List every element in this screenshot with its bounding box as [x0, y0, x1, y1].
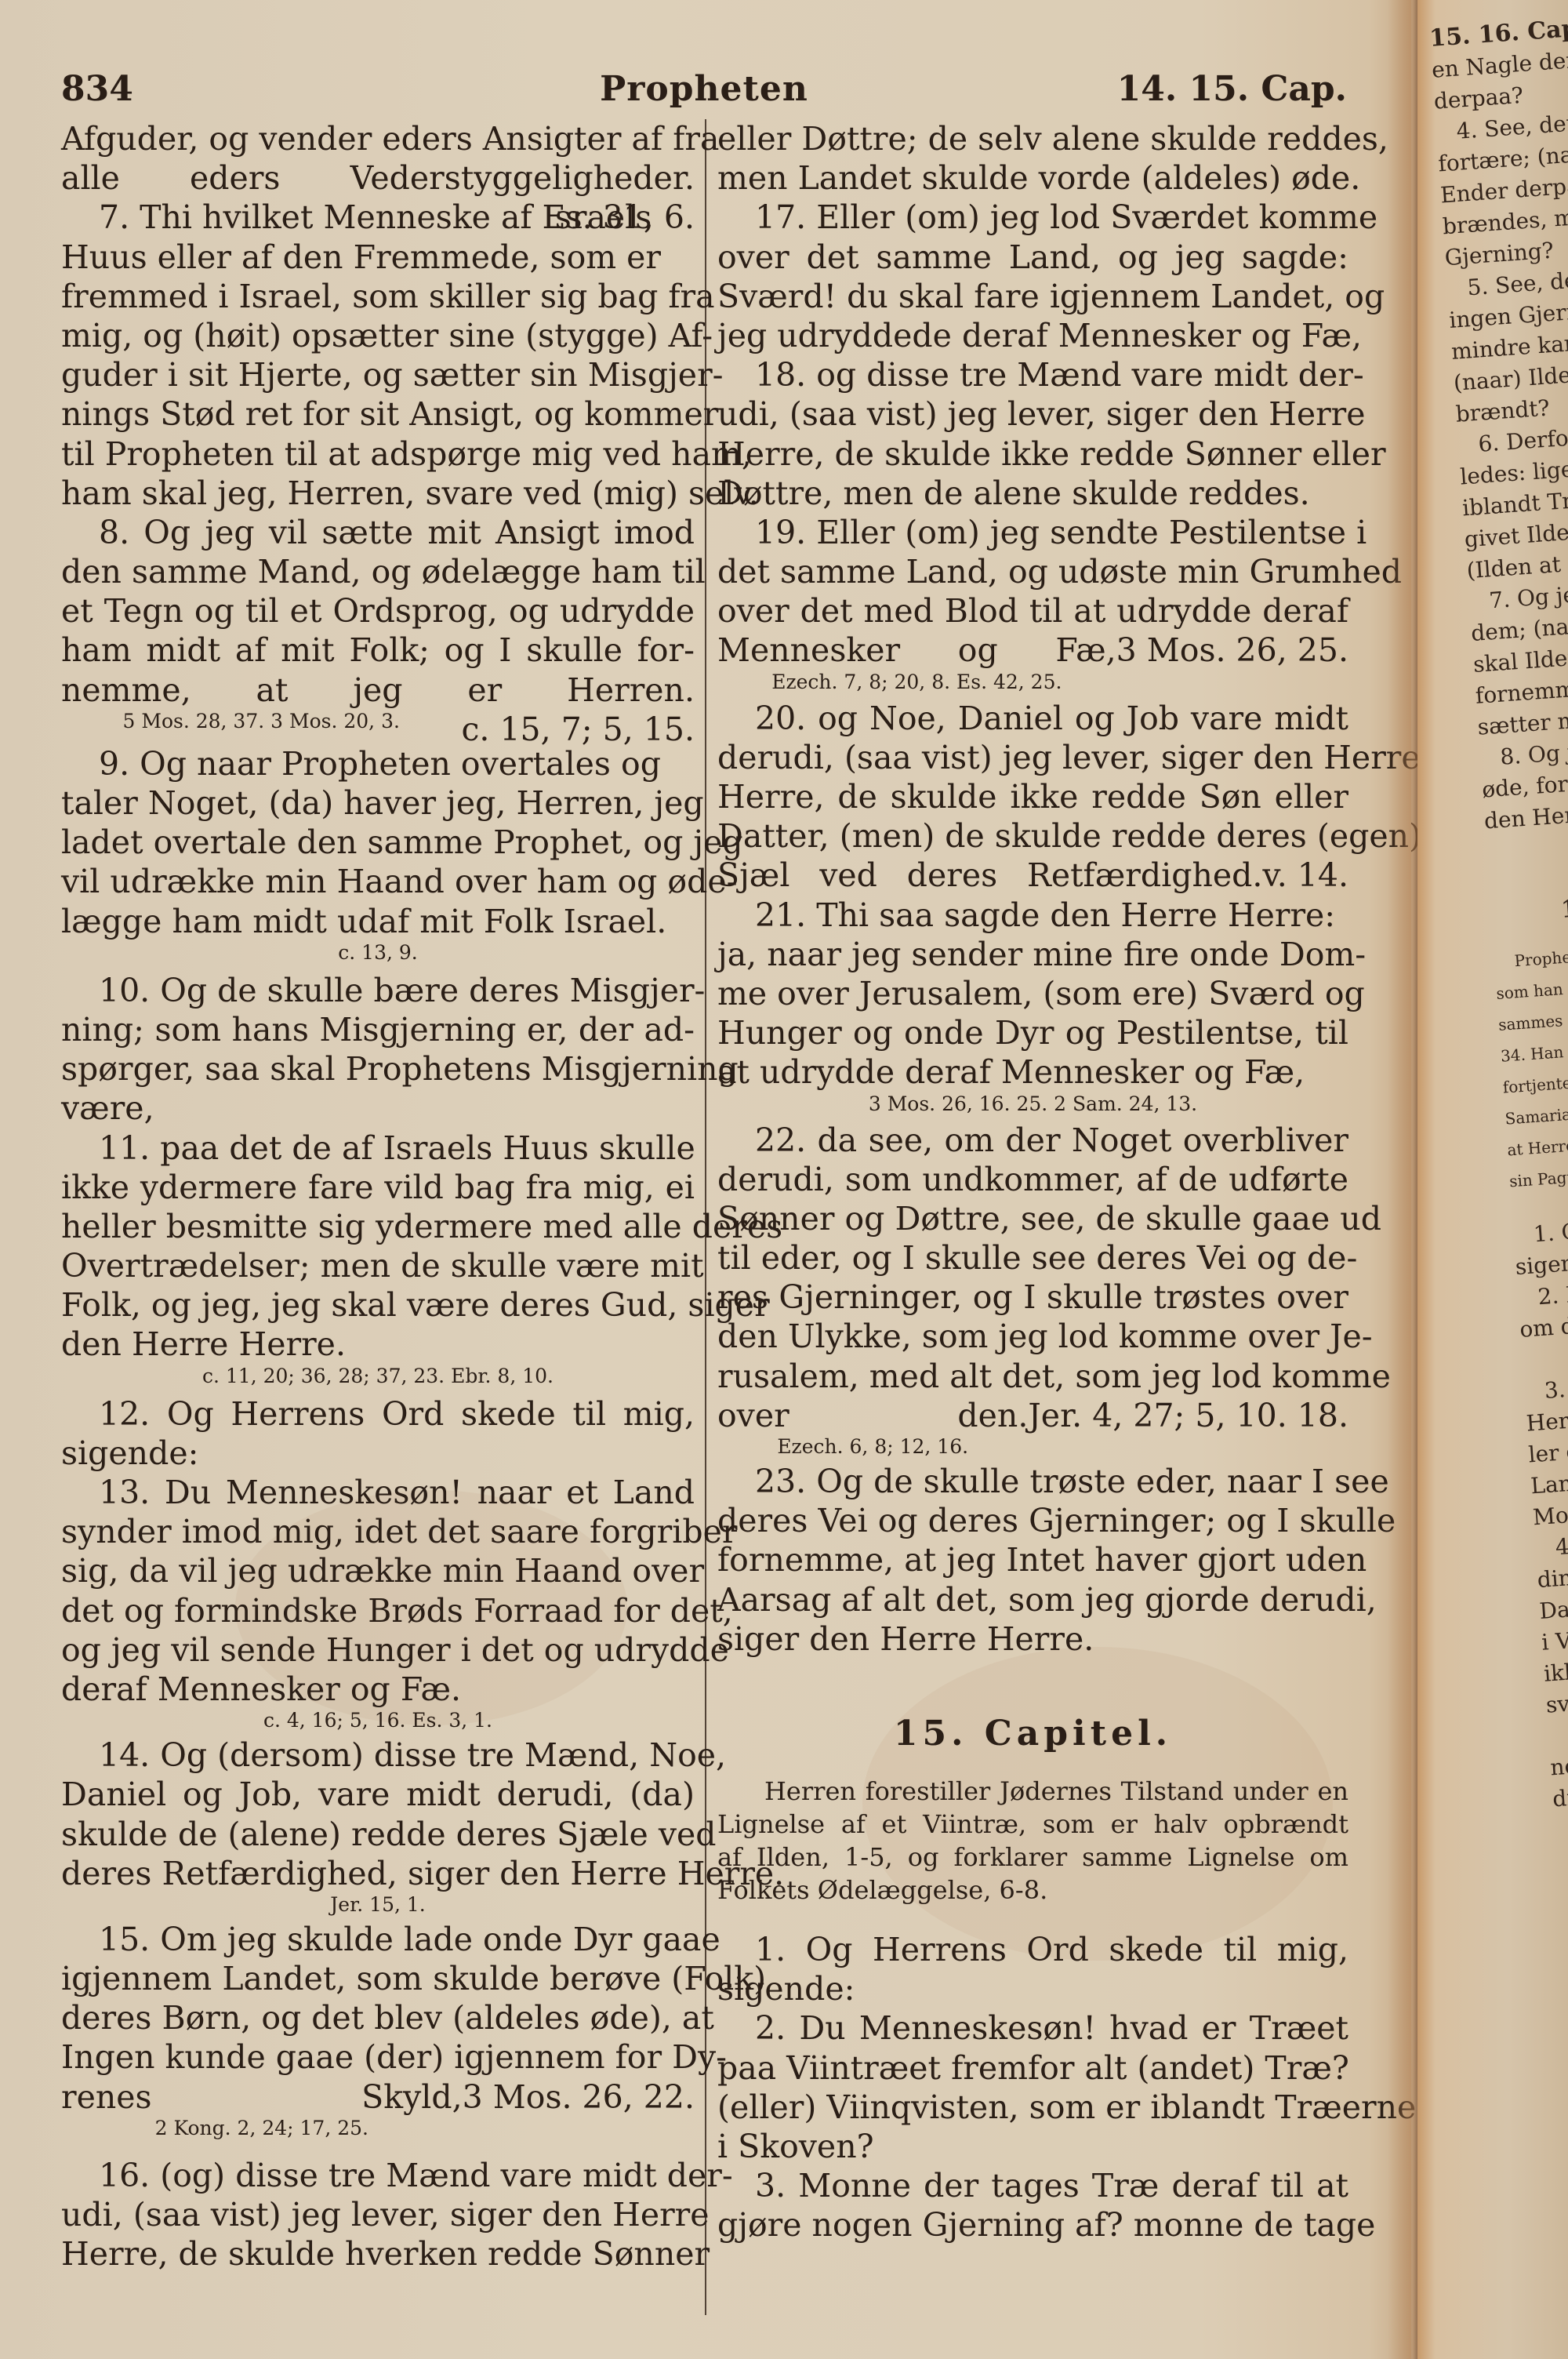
- inline-reference: c. 15, 7; 5, 15.: [461, 710, 695, 749]
- text-line: til Propheten til at adspørge mig ved ha…: [61, 434, 695, 474]
- text-line: den Ulykke, som jeg lod komme over Je-: [717, 1317, 1348, 1356]
- cross-reference: c. 13, 9.: [61, 941, 695, 965]
- page-header: 834 Propheten 14. 15. Cap.: [61, 69, 1347, 116]
- text-line: udi, (saa vist) jeg lever, siger den Her…: [61, 2195, 695, 2234]
- verse-22: 22. da see, om der Noget overbliver: [717, 1121, 1348, 1160]
- text-line: Herre, de skulde hverken redde Sønner: [61, 2234, 695, 2274]
- text-line: Aarsag af alt det, som jeg gjorde derudi…: [717, 1580, 1348, 1619]
- text-line: Sværd! du skal fare igjennem Landet, og: [717, 277, 1348, 316]
- text-line: ikke ydermere fare vild bag fra mig, ei: [61, 1168, 695, 1207]
- text-line: deres Vei og deres Gjerninger; og I skul…: [717, 1501, 1348, 1540]
- cross-reference: Jer. 15, 1.: [61, 1893, 695, 1917]
- text-line: (eller) Viinqvisten, som er iblandt Træe…: [717, 2088, 1348, 2127]
- text-line: sigende:: [717, 1969, 1348, 2008]
- text-line: Afguder, og vender eders Ansigter af fra: [61, 119, 695, 158]
- text-line: ladet overtale den samme Prophet, og jeg: [61, 823, 695, 862]
- book-gutter: [1388, 0, 1419, 2359]
- inline-reference: Jer. 4, 27; 5, 10. 18.: [1028, 1396, 1348, 1435]
- text-line: sigende:: [61, 1434, 695, 1473]
- text-line: den Herre Herre.: [61, 1325, 695, 1364]
- text-line: at udrydde deraf Mennesker og Fæ,: [717, 1052, 1348, 1092]
- verse-10: 10. Og de skulle bære deres Misgjer-: [61, 971, 695, 1010]
- text-line: alle eders Vederstyggeligheder.Es. 31, 6…: [61, 158, 695, 198]
- text-line: sig, da vil jeg udrække min Haand over: [61, 1551, 695, 1590]
- verse-11: 11. paa det de af Israels Huus skulle: [61, 1129, 695, 1168]
- text-line: me over Jerusalem, (som ere) Sværd og: [717, 974, 1348, 1013]
- text-line: ja, naar jeg sender mine fire onde Dom-: [717, 935, 1348, 974]
- text-line: Mennesker og Fæ,3 Mos. 26, 25.: [717, 631, 1348, 670]
- text-line: det og formindske Brøds Forraad for det,: [61, 1591, 695, 1630]
- text-line: res Gjerninger, og I skulle trøstes over: [717, 1278, 1348, 1317]
- text-line: Hunger og onde Dyr og Pestilentse, til: [717, 1013, 1348, 1052]
- text-line: fremmed i Israel, som skiller sig bag fr…: [61, 277, 695, 316]
- text-line: til eder, og I skulle see deres Vei og d…: [717, 1238, 1348, 1278]
- verse-19: 19. Eller (om) jeg sendte Pestilentse i: [717, 513, 1348, 552]
- text-line: et Tegn og til et Ordsprog, og udrydde: [61, 591, 695, 631]
- text-line: gjøre nogen Gjerning af? monne de tage: [717, 2205, 1348, 2245]
- verse-15: 15. Om jeg skulde lade onde Dyr gaae: [61, 1920, 695, 1959]
- verse-15-3: 3. Monne der tages Træ deraf til at: [717, 2166, 1348, 2205]
- text-line: over det med Blod til at udrydde deraf: [717, 591, 1348, 631]
- text-line: det samme Land, og udøste min Grumhed: [717, 552, 1348, 591]
- text-line: deres Børn, og det blev (aldeles øde), a…: [61, 1998, 695, 2037]
- text-line: deraf Mennesker og Fæ.: [61, 1670, 695, 1709]
- text-line: siger den Herre Herre.: [717, 1619, 1348, 1659]
- text-line: nemme, at jeg er Herren.c. 15, 7; 5, 15.: [61, 671, 695, 710]
- text-line: den samme Mand, og ødelægge ham til: [61, 552, 695, 591]
- text-line: Herre, de skulde ikke redde Sønner eller: [717, 434, 1348, 474]
- verse-14: 14. Og (dersom) disse tre Mænd, Noe,: [61, 1736, 695, 1775]
- chapter-title: 15. Capitel.: [717, 1710, 1348, 1757]
- text-line: rusalem, med alt det, som jeg lod komme: [717, 1357, 1348, 1396]
- text-line: derudi, som undkommer, af de udførte: [717, 1160, 1348, 1199]
- facing-page-text: 15. 16. Cap. en Nagle deraf derpaa? 4. S…: [1428, 4, 1568, 1816]
- text-line: Overtrædelser; men de skulle være mit: [61, 1246, 695, 1285]
- right-column: eller Døttre; de selv alene skulde redde…: [717, 119, 1348, 2245]
- inline-reference: 3 Mos. 26, 22.: [463, 2077, 695, 2117]
- text-line: fornemme, at jeg Intet haver gjort uden: [717, 1540, 1348, 1579]
- text-line: Datter, (men) de skulde redde deres (ege…: [717, 816, 1348, 856]
- text-line: over det samme Land, og jeg sagde:: [717, 238, 1348, 277]
- cross-reference: 3 Mos. 26, 16. 25. 2 Sam. 24, 13.: [717, 1092, 1348, 1116]
- verse-8: 8. Og jeg vil sætte mit Ansigt imod: [61, 513, 695, 552]
- text-line: mig, og (høit) opsætter sine (stygge) Af…: [61, 316, 695, 355]
- text-line: synder imod mig, idet det saare forgribe…: [61, 1512, 695, 1551]
- text-line: eller Døttre; de selv alene skulde redde…: [717, 119, 1348, 158]
- text-line: jeg udryddede deraf Mennesker og Fæ,: [717, 316, 1348, 355]
- text-line: deres Retfærdighed, siger den Herre Herr…: [61, 1854, 695, 1893]
- text-line: Huus eller af den Fremmede, som er: [61, 238, 695, 277]
- cross-reference: c. 11, 20; 36, 28; 37, 23. Ebr. 8, 10.: [61, 1365, 695, 1388]
- verse-9: 9. Og naar Propheten overtales og: [61, 744, 695, 783]
- text-line: i Skoven?: [717, 2127, 1348, 2166]
- text-line: skulde de (alene) redde deres Sjæle ved: [61, 1815, 695, 1854]
- text-line: over den.Jer. 4, 27; 5, 10. 18.: [717, 1396, 1348, 1435]
- inline-reference: v. 14.: [1262, 856, 1348, 895]
- text-line: ham skal jeg, Herren, svare ved (mig) se…: [61, 474, 695, 513]
- text-line: Døttre, men de alene skulde reddes.: [717, 474, 1348, 513]
- text-line: taler Noget, (da) haver jeg, Herren, jeg: [61, 783, 695, 823]
- text-line: Herre, de skulde ikke redde Søn eller: [717, 777, 1348, 816]
- verse-17: 17. Eller (om) jeg lod Sværdet komme: [717, 198, 1348, 237]
- cross-reference: Ezech. 7, 8; 20, 8. Es. 42, 25.: [717, 671, 1348, 694]
- text-line: Daniel og Job, vare midt derudi, (da): [61, 1775, 695, 1814]
- text-line: Ingen kunde gaae (der) igjennem for Dy-: [61, 2037, 695, 2077]
- cross-reference: c. 4, 16; 5, 16. Es. 3, 1.: [61, 1709, 695, 1732]
- text-line: heller besmitte sig ydermere med alle de…: [61, 1207, 695, 1246]
- verse-13: 13. Du Menneskesøn! naar et Land: [61, 1473, 695, 1512]
- text-line: lægge ham midt udaf mit Folk Israel.: [61, 902, 695, 941]
- cross-reference: Ezech. 6, 8; 12, 16.: [717, 1435, 1348, 1459]
- left-column: Afguder, og vender eders Ansigter af fra…: [61, 119, 695, 2274]
- text-line: være,: [61, 1089, 695, 1128]
- chapter-summary: Herren forestiller Jødernes Tilstand und…: [717, 1775, 1348, 1906]
- text-line: renes Skyld,3 Mos. 26, 22.: [61, 2077, 695, 2117]
- book-page-left: 834 Propheten 14. 15. Cap. Afguder, og v…: [0, 0, 1411, 2359]
- verse-21: 21. Thi saa sagde den Herre Herre:: [717, 896, 1348, 935]
- text-line: Sjæl ved deres Retfærdighed.v. 14.: [717, 856, 1348, 895]
- inline-reference: 3 Mos. 26, 25.: [1116, 631, 1348, 670]
- verse-20: 20. og Noe, Daniel og Job vare midt: [717, 699, 1348, 738]
- text-line: men Landet skulde vorde (aldeles) øde.: [717, 158, 1348, 198]
- text-line: ning; som hans Misgjerning er, der ad-: [61, 1010, 695, 1049]
- text-line: Folk, og jeg, jeg skal være deres Gud, s…: [61, 1285, 695, 1325]
- text-line: Sønner og Døttre, see, de skulle gaae ud: [717, 1199, 1348, 1238]
- verse-18: 18. og disse tre Mænd vare midt der-: [717, 355, 1348, 394]
- verse-15-1: 1. Og Herrens Ord skede til mig,: [717, 1930, 1348, 1969]
- cross-reference: 2 Kong. 2, 24; 17, 25.: [61, 2117, 695, 2140]
- text-line: paa Viintræet fremfor alt (andet) Træ?: [717, 2048, 1348, 2088]
- text-line: vil udrække min Haand over ham og øde-: [61, 862, 695, 901]
- text-line: ham midt af mit Folk; og I skulle for-: [61, 631, 695, 670]
- text-line: nings Stød ret for sit Ansigt, og kommer: [61, 394, 695, 434]
- verse-15-2: 2. Du Menneskesøn! hvad er Træet: [717, 2008, 1348, 2048]
- book-page-right-fragment: 15. 16. Cap. en Nagle deraf derpaa? 4. S…: [1417, 0, 1568, 2359]
- text-line: spørger, saa skal Prophetens Misgjerning: [61, 1049, 695, 1089]
- text-line: guder i sit Hjerte, og sætter sin Misgje…: [61, 355, 695, 394]
- text-line: og jeg vil sende Hunger i det og udrydde: [61, 1630, 695, 1670]
- text-line: udi, (saa vist) jeg lever, siger den Her…: [717, 394, 1348, 434]
- chapter-reference: 14. 15. Cap.: [1117, 69, 1347, 109]
- text-line: igjennem Landet, som skulde berøve (Folk…: [61, 1959, 695, 1998]
- verse-7: 7. Thi hvilket Menneske af Israels: [61, 198, 695, 237]
- text-line: derudi, (saa vist) jeg lever, siger den …: [717, 738, 1348, 777]
- verse-23: 23. Og de skulle trøste eder, naar I see: [717, 1462, 1348, 1501]
- verse-16: 16. (og) disse tre Mænd vare midt der-: [61, 2156, 695, 2195]
- verse-12: 12. Og Herrens Ord skede til mig,: [61, 1394, 695, 1434]
